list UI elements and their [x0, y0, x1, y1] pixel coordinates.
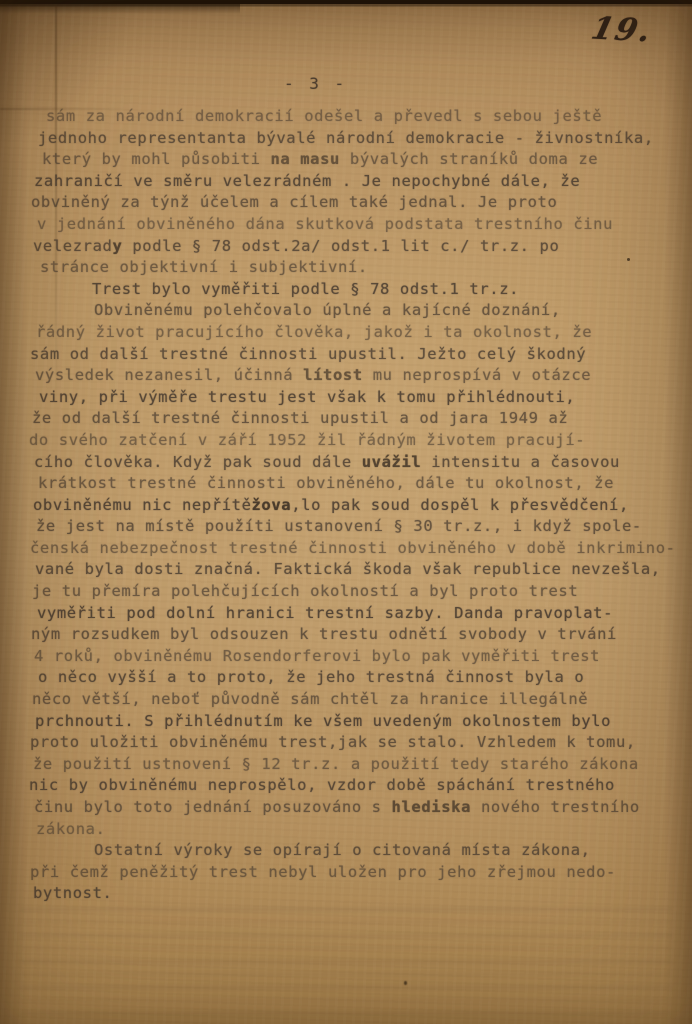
scan-edge-top-left [0, 0, 240, 14]
text-line: viny, při výměře trestu jest však k tomu… [39, 387, 682, 409]
document-page: 19. - 3 - sám za národní demokracií odeš… [0, 0, 692, 1024]
text-line: Ostatní výroky se opírají o citovaná mís… [32, 840, 682, 862]
text-line: velezrady podle § 78 odst.2a/ odst.1 lit… [33, 236, 682, 258]
text-line: obviněný za týnž účelem a cílem také jed… [31, 192, 682, 214]
bleedthrough-text [20, 908, 672, 1016]
ink-speck [627, 258, 630, 261]
text-line: že od další trestné činnosti upustil a o… [32, 408, 682, 430]
text-line: čenská nebezpečnost trestné činnosti obv… [30, 538, 682, 560]
text-line: sám za národní demokracií odešel a převe… [46, 106, 682, 128]
text-line: v jednání obviněného dána skutková podst… [37, 214, 682, 236]
text-line: Obviněnému polehčovalo úplné a kajícné d… [32, 300, 682, 322]
text-line: stránce objektivní i subjektivní. [40, 257, 682, 279]
text-line: je tu přemíra polehčujících okolností a … [32, 581, 682, 603]
text-line: do svého zatčení v září 1952 žil řádným … [29, 430, 682, 452]
text-line: proto uložiti obviněnému trest,jak se st… [30, 732, 682, 754]
text-line: nic by obviněnému neprospělo, vzdor době… [29, 775, 682, 797]
page-number-header: - 3 - [284, 74, 347, 93]
text-line: cího člověka. Když pak soud dále uvážil … [34, 452, 682, 474]
text-line: ným rozsudkem byl odsouzen k trestu odně… [31, 624, 682, 646]
text-line: 4 roků, obviněnému Rosendorferovi bylo p… [34, 646, 682, 668]
text-line: že použití ustnovení § 12 tr.z. a použit… [33, 754, 682, 776]
text-line: sám od další trestné činnosti upustil. J… [30, 344, 682, 366]
document-text: sám za národní demokracií odešel a převe… [32, 106, 682, 905]
text-line: Trest bylo vyměřiti podle § 78 odst.1 tr… [30, 279, 682, 301]
text-line: činu bylo toto jednání posuzováno s hled… [34, 797, 682, 819]
handwritten-page-number: 19. [588, 11, 656, 50]
text-line: při čemž peněžitý trest nebyl uložen pro… [30, 862, 682, 884]
text-line: zahraničí ve směru velezrádném . Je nepo… [34, 171, 682, 193]
text-line: něco větší, neboť původně sám chtěl za h… [32, 689, 682, 711]
text-line: který by mohl působiti na masu bývalých … [42, 149, 682, 171]
text-line: prchnouti. S přihlédnutím ke všem uveden… [35, 711, 682, 733]
ink-speck [404, 981, 407, 985]
text-line: krátkost trestné činnosti obviněného, dá… [38, 473, 682, 495]
text-line: že jest na místě použíti ustanovení § 30… [36, 516, 682, 538]
text-line: obviněnému nic nepřítěžova,lo pak soud d… [33, 495, 682, 517]
text-line: řádný život pracujícího člověka, jakož i… [36, 322, 682, 344]
text-line: jednoho representanta bývalé národní dem… [38, 128, 682, 150]
text-line: vané byla dosti značná. Faktická škoda v… [35, 559, 682, 581]
text-line: bytnost. [33, 883, 682, 905]
text-line: vyměřiti pod dolní hranici trestní sazby… [37, 603, 682, 625]
text-line: zákona. [36, 819, 682, 841]
text-line: o něco vyšší a to proto, že jeho trestná… [38, 667, 682, 689]
text-line: výsledek nezanesil, účinná lítost mu nep… [35, 365, 682, 387]
